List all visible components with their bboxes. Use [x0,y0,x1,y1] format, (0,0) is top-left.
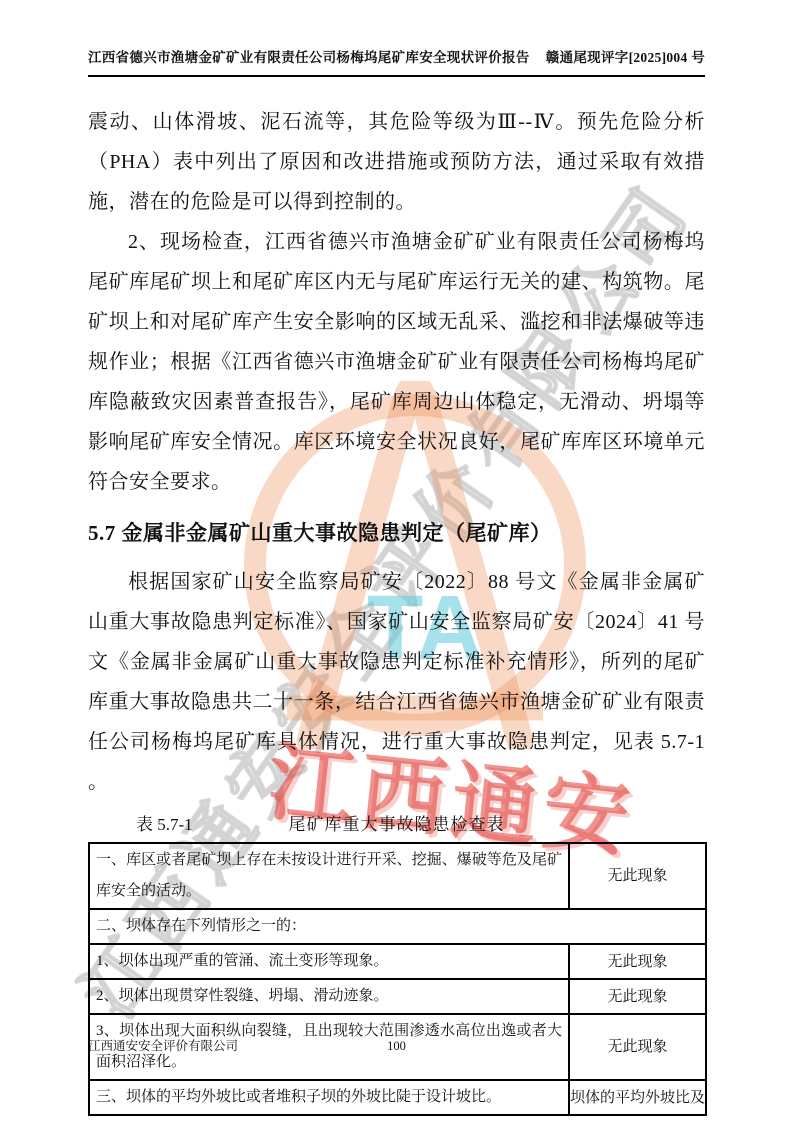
result-cell: 无此现象 [569,944,706,979]
table-caption-label: 表 5.7-1 [136,810,193,840]
table-row: 一、库区或者尾矿坝上存在未按设计进行开采、挖掘、爆破等危及尾矿库安全的活动。无此… [89,843,706,909]
result-cell: 坝体的平均外坡比及 [569,1080,706,1115]
result-cell: 无此现象 [569,979,706,1014]
header-doc-number: 赣通尾现评字[2025]004 号 [546,46,705,66]
page-header: 江西省德兴市渔塘金矿矿业有限责任公司杨梅坞尾矿库安全现状评价报告 赣通尾现评字[… [88,46,705,77]
paragraph-pha-conclusion: 震动、山体滑坡、泥石流等，其危险等级为Ⅲ--Ⅳ。预先危险分析（PHA）表中列出了… [88,102,705,222]
item-cell: 三、坝体的平均外坡比或者堆积子坝的外坡比陡于设计坡比。 [89,1080,569,1115]
item-cell: 1、坝体出现严重的管涌、流土变形等现象。 [89,944,569,979]
inspection-table-body: 一、库区或者尾矿坝上存在未按设计进行开采、挖掘、爆破等危及尾矿库安全的活动。无此… [89,843,706,1115]
table-row: 1、坝体出现严重的管涌、流土变形等现象。无此现象 [89,944,706,979]
table-caption: 表 5.7-1 尾矿库重大事故隐患检查表 [88,810,705,840]
table-row: 三、坝体的平均外坡比或者堆积子坝的外坡比陡于设计坡比。坝体的平均外坡比及 [89,1080,706,1115]
document-page: 江西通安安全评价有限公司 TA 江西通安 江西省德兴市渔塘金矿矿业有限责任公司杨… [0,0,793,1122]
table-row: 二、坝体存在下列情形之一的： [89,909,706,944]
page-footer: 江西通安安全评价有限公司 100 [88,1036,705,1056]
item-cell: 2、坝体出现贯穿性裂缝、坍塌、滑动迹象。 [89,979,569,1014]
paragraph-site-inspection: 2、现场检查，江西省德兴市渔塘金矿矿业有限责任公司杨梅坞尾矿库尾矿坝上和尾矿库区… [88,222,705,502]
page-content: 江西省德兴市渔塘金矿矿业有限责任公司杨梅坞尾矿库安全现状评价报告 赣通尾现评字[… [0,0,793,1122]
page-number: 100 [88,1036,705,1056]
result-cell: 无此现象 [569,843,706,909]
item-cell: 二、坝体存在下列情形之一的： [89,909,706,944]
body-text-block: 震动、山体滑坡、泥石流等，其危险等级为Ⅲ--Ⅳ。预先危险分析（PHA）表中列出了… [88,102,705,1116]
header-report-title: 江西省德兴市渔塘金矿矿业有限责任公司杨梅坞尾矿库安全现状评价报告 [88,46,530,66]
inspection-table: 一、库区或者尾矿坝上存在未按设计进行开采、挖掘、爆破等危及尾矿库安全的活动。无此… [88,842,707,1116]
section-heading-5-7: 5.7 金属非金属矿山重大事故隐患判定（尾矿库） [88,516,705,550]
item-cell: 一、库区或者尾矿坝上存在未按设计进行开采、挖掘、爆破等危及尾矿库安全的活动。 [89,843,569,909]
paragraph-judgment-basis: 根据国家矿山安全监察局矿安〔2022〕88 号文《金属非金属矿山重大事故隐患判定… [88,562,705,802]
table-row: 2、坝体出现贯穿性裂缝、坍塌、滑动迹象。无此现象 [89,979,706,1014]
